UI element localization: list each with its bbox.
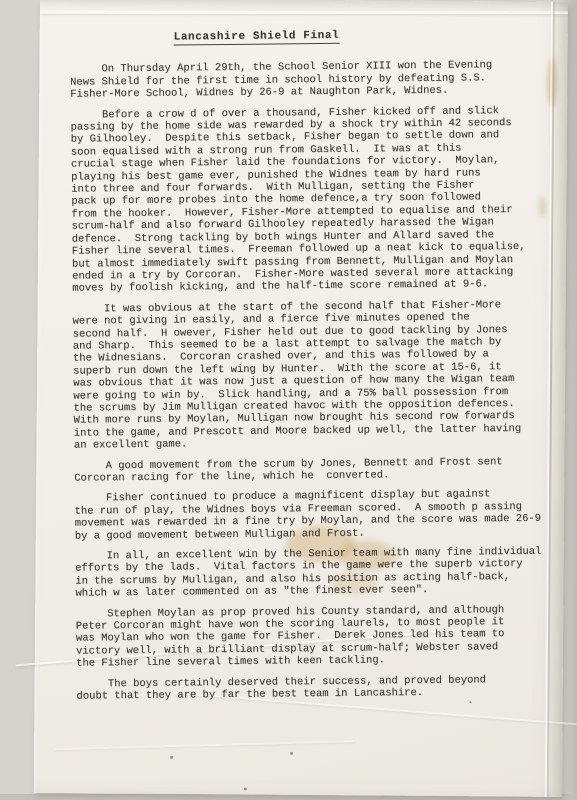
paragraph: Fisher continued to produce a magnificen… xyxy=(74,488,564,543)
crease xyxy=(40,11,568,14)
speck xyxy=(170,756,173,759)
crease xyxy=(54,740,354,750)
scanned-page: Lancashire Shield Final On Thursday Apri… xyxy=(0,0,577,800)
paragraph: On Thursday April 29th, the School Senio… xyxy=(70,59,560,101)
paragraph: It was obvious at the start of the secon… xyxy=(72,298,564,452)
speck xyxy=(244,787,247,790)
paragraph: In all, an excellent win by the Senior t… xyxy=(75,546,565,601)
paragraph: The boys certainly deserved their succes… xyxy=(76,673,566,703)
document-title: Lancashire Shield Final xyxy=(174,30,340,46)
paragraph: Before a crow d of over a thousand, Fish… xyxy=(70,104,562,295)
speck xyxy=(290,752,293,755)
paper-sheet: Lancashire Shield Final On Thursday Apri… xyxy=(34,0,568,797)
document-body: On Thursday April 29th, the School Senio… xyxy=(70,59,567,703)
title-row: Lancashire Shield Final xyxy=(70,28,560,48)
paragraph: Stephen Moylan as prop proved his County… xyxy=(76,603,567,670)
paragraph: A good movement from the scrum by Jones,… xyxy=(74,455,564,485)
typewritten-content: Lancashire Shield Final On Thursday Apri… xyxy=(70,28,567,712)
